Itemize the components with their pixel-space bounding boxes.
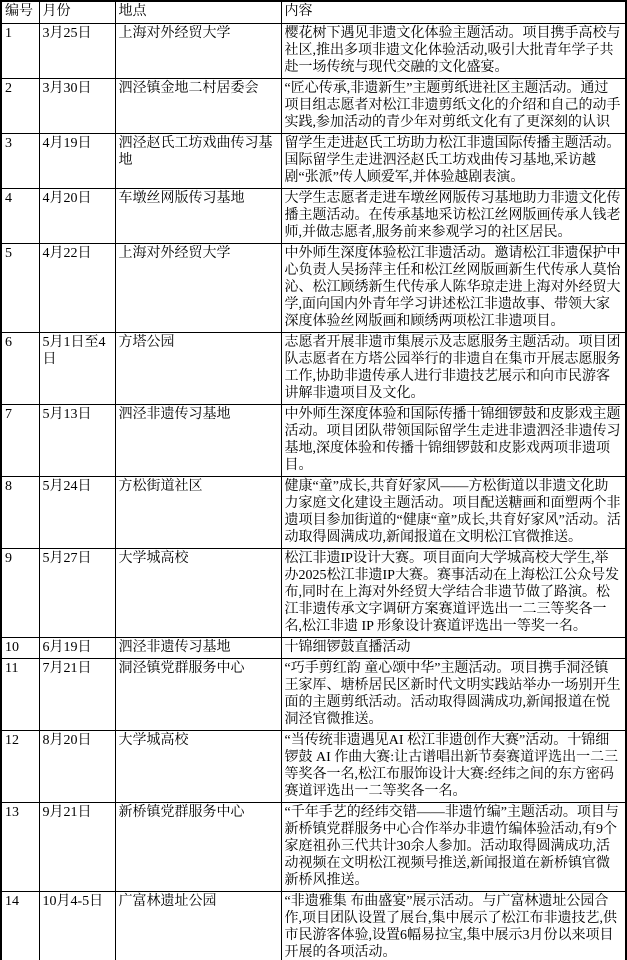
location-cell: 洞泾镇党群服务中心 [115,659,281,731]
table-row: 14 10月4-5日 广富林遗址公园 “非遗雅集 布曲盛宴”展示活动。与广富林遗… [1,892,626,960]
row-id-cell: 11 [1,659,39,731]
date-cell: 8月20日 [39,731,115,803]
date-cell: 3月30日 [39,79,115,134]
content-cell: 健康“童”成长,共育好家风——方松街道以非遗文化助力家庭文化建设主题活动。项目配… [281,477,626,549]
row-id-cell: 13 [1,803,39,892]
date-cell: 10月4-5日 [39,892,115,960]
content-cell: 松江非遗IP设计大赛。项目面向大学城高校大学生,举办2025松江非遗IP大赛。赛… [281,549,626,638]
date-cell: 5月13日 [39,405,115,477]
column-header-id: 编号 [1,1,39,24]
location-cell: 泗泾镇金地二村居委会 [115,79,281,134]
column-header-date: 月份 [39,1,115,24]
date-cell: 7月21日 [39,659,115,731]
table-row: 13 9月21日 新桥镇党群服务中心 “千年手艺的经纬交错——非遗竹编”主题活动… [1,803,626,892]
content-cell: 樱花树下遇见非遗文化体验主题活动。项目携手高校与社区,推出多项非遗文化体验活动,… [281,24,626,79]
location-cell: 方松街道社区 [115,477,281,549]
table-row: 12 8月20日 大学城高校 “当传统非遗遇见AI 松江非遗创作大赛”活动。十锦… [1,731,626,803]
location-cell: 车墩丝网版传习基地 [115,189,281,244]
row-id-cell: 2 [1,79,39,134]
row-id-cell: 6 [1,333,39,405]
column-header-content: 内容 [281,1,626,24]
table-header-row: 编号 月份 地点 内容 [1,1,626,24]
location-cell: 大学城高校 [115,731,281,803]
content-cell: 中外师生深度体验和国际传播十锦细锣鼓和皮影戏主题活动。项目团队带领国际留学生走进… [281,405,626,477]
table-row: 2 3月30日 泗泾镇金地二村居委会 “匠心传承,非遗新生”主题剪纸进社区主题活… [1,79,626,134]
table-row: 3 4月19日 泗泾赵氏工坊戏曲传习基地 留学生走进赵氏工坊助力松江非遗国际传播… [1,134,626,189]
table-row: 1 3月25日 上海对外经贸大学 樱花树下遇见非遗文化体验主题活动。项目携手高校… [1,24,626,79]
date-cell: 4月22日 [39,244,115,333]
date-cell: 5月1日至4日 [39,333,115,405]
location-cell: 上海对外经贸大学 [115,244,281,333]
row-id-cell: 10 [1,638,39,659]
content-cell: 中外师生深度体验松江非遗活动。邀请松江非遗保护中心负责人吴扬萍主任和松江丝网版画… [281,244,626,333]
row-id-cell: 8 [1,477,39,549]
table-row: 8 5月24日 方松街道社区 健康“童”成长,共育好家风——方松街道以非遗文化助… [1,477,626,549]
content-cell: 大学生志愿者走进车墩丝网版传习基地助力非遗文化传播主题活动。在传承基地采访松江丝… [281,189,626,244]
date-cell: 6月19日 [39,638,115,659]
content-cell: “匠心传承,非遗新生”主题剪纸进社区主题活动。通过项目组志愿者对松江非遗剪纸文化… [281,79,626,134]
content-cell: “巧手剪红韵 童心颂中华”主题活动。项目携手洞泾镇王家厍、塘桥居民区新时代文明实… [281,659,626,731]
table-row: 5 4月22日 上海对外经贸大学 中外师生深度体验松江非遗活动。邀请松江非遗保护… [1,244,626,333]
column-header-location: 地点 [115,1,281,24]
table-row: 9 5月27日 大学城高校 松江非遗IP设计大赛。项目面向大学城高校大学生,举办… [1,549,626,638]
location-cell: 方塔公园 [115,333,281,405]
location-cell: 广富林遗址公园 [115,892,281,960]
table-row: 4 4月20日 车墩丝网版传习基地 大学生志愿者走进车墩丝网版传习基地助力非遗文… [1,189,626,244]
row-id-cell: 9 [1,549,39,638]
content-cell: 十锦细锣鼓直播活动 [281,638,626,659]
row-id-cell: 12 [1,731,39,803]
activity-schedule-table: 编号 月份 地点 内容 1 3月25日 上海对外经贸大学 樱花树下遇见非遗文化体… [0,0,627,960]
location-cell: 泗泾非遗传习基地 [115,405,281,477]
location-cell: 大学城高校 [115,549,281,638]
table-row: 7 5月13日 泗泾非遗传习基地 中外师生深度体验和国际传播十锦细锣鼓和皮影戏主… [1,405,626,477]
date-cell: 3月25日 [39,24,115,79]
content-cell: “当传统非遗遇见AI 松江非遗创作大赛”活动。十锦细锣鼓 AI 作曲大赛:让古谱… [281,731,626,803]
document-page: 编号 月份 地点 内容 1 3月25日 上海对外经贸大学 樱花树下遇见非遗文化体… [0,0,627,960]
table-row: 11 7月21日 洞泾镇党群服务中心 “巧手剪红韵 童心颂中华”主题活动。项目携… [1,659,626,731]
content-cell: 留学生走进赵氏工坊助力松江非遗国际传播主题活动。国际留学生走进泗泾赵氏工坊戏曲传… [281,134,626,189]
content-cell: “千年手艺的经纬交错——非遗竹编”主题活动。项目与新桥镇党群服务中心合作举办非遗… [281,803,626,892]
row-id-cell: 14 [1,892,39,960]
date-cell: 4月20日 [39,189,115,244]
row-id-cell: 4 [1,189,39,244]
row-id-cell: 5 [1,244,39,333]
table-row: 6 5月1日至4日 方塔公园 志愿者开展非遗市集展示及志愿服务主题活动。项目团队… [1,333,626,405]
row-id-cell: 7 [1,405,39,477]
date-cell: 4月19日 [39,134,115,189]
date-cell: 9月21日 [39,803,115,892]
row-id-cell: 1 [1,24,39,79]
row-id-cell: 3 [1,134,39,189]
location-cell: 上海对外经贸大学 [115,24,281,79]
location-cell: 新桥镇党群服务中心 [115,803,281,892]
date-cell: 5月27日 [39,549,115,638]
content-cell: “非遗雅集 布曲盛宴”展示活动。与广富林遗址公园合作,项目团队设置了展台,集中展… [281,892,626,960]
table-row: 10 6月19日 泗泾非遗传习基地 十锦细锣鼓直播活动 [1,638,626,659]
location-cell: 泗泾赵氏工坊戏曲传习基地 [115,134,281,189]
location-cell: 泗泾非遗传习基地 [115,638,281,659]
date-cell: 5月24日 [39,477,115,549]
content-cell: 志愿者开展非遗市集展示及志愿服务主题活动。项目团队志愿者在方塔公园举行的非遗自在… [281,333,626,405]
